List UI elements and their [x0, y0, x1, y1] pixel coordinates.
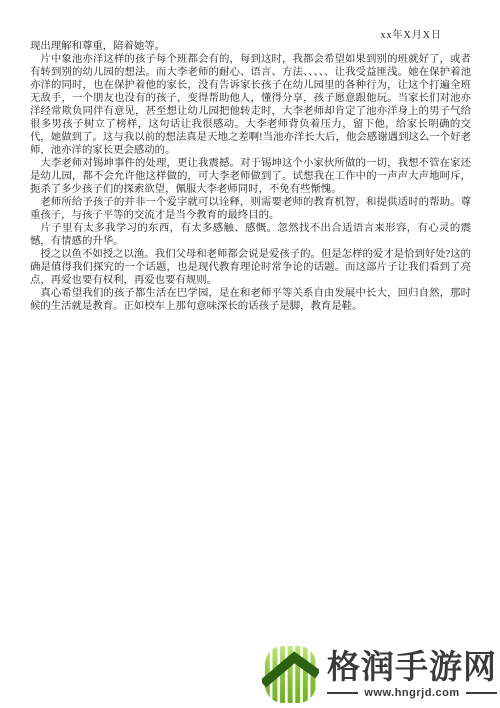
document-date: xx年X月X日 — [381, 26, 442, 41]
paragraph: 片子里有太多我学习的东西，有太多感触、感慨。忽然找不出合适语言来形容，有心灵的震… — [30, 222, 471, 248]
site-watermark: 格润手游网 www.hngrjd.com — [262, 645, 497, 704]
paragraph: 老师所给予孩子的并非一个爱字就可以诠释，则需要老师的教育机智，和提供适时的帮助。… — [30, 196, 471, 222]
paragraph: 授之以鱼不如授之以渔。我们父母和老师都会说是爱孩子的。但是怎样的爱才是恰到好处?… — [30, 248, 471, 287]
document-page: xx年X月X日 现出理解和尊重，陪着她等。 片中象池亦洋这样的孩子每个班都会有的… — [0, 0, 500, 708]
site-url: www.hngrjd.com — [364, 687, 459, 699]
site-name: 格润手游网 — [327, 650, 497, 685]
document-body: 现出理解和尊重，陪着她等。 片中象池亦洋这样的孩子每个班都会有的，每到这时，我都… — [30, 40, 471, 313]
divider-line-right — [466, 692, 497, 694]
paragraph: 现出理解和尊重，陪着她等。 — [30, 40, 471, 53]
site-url-row: www.hngrjd.com — [327, 687, 497, 699]
watermark-text-block: 格润手游网 www.hngrjd.com — [327, 650, 497, 700]
paragraph: 真心希望我们的孩子都生活在巴学园，是在和老师平等关系自由发展中长大，回归自然，那… — [30, 287, 471, 313]
divider-line-left — [327, 692, 358, 694]
paragraph: 片中象池亦洋这样的孩子每个班都会有的，每到这时，我都会希望如果到别的班就好了，或… — [30, 53, 471, 157]
paragraph: 大李老师对锡坤事件的处理，更让我震撼。对于锡坤这个小家伙所做的一切，我想不管在家… — [30, 157, 471, 196]
site-logo-icon — [262, 645, 319, 704]
